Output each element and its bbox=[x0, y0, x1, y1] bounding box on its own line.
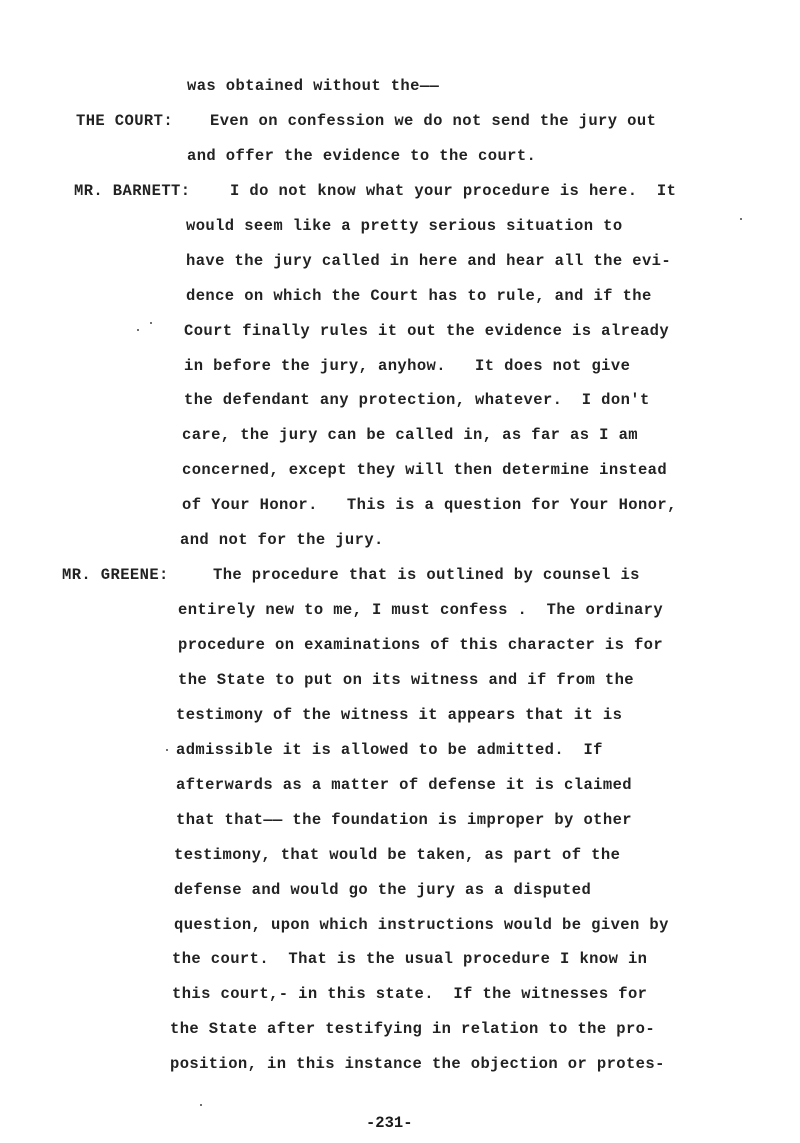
transcript-line: admissible it is allowed to be admitted.… bbox=[176, 740, 603, 760]
transcript-line: the State to put on its witness and if f… bbox=[178, 670, 634, 690]
scan-speck bbox=[150, 322, 152, 324]
speaker-label: MR. BARNETT: bbox=[74, 181, 190, 201]
transcript-line: of Your Honor. This is a question for Yo… bbox=[182, 495, 677, 515]
transcript-line: care, the jury can be called in, as far … bbox=[182, 425, 638, 445]
scan-speck bbox=[137, 329, 139, 331]
page-number: -231- bbox=[366, 1114, 413, 1132]
transcript-line: and not for the jury. bbox=[180, 530, 384, 550]
transcript-line: in before the jury, anyhow. It does not … bbox=[184, 356, 630, 376]
transcript-line: defense and would go the jury as a dispu… bbox=[174, 880, 591, 900]
transcript-line: dence on which the Court has to rule, an… bbox=[186, 286, 652, 306]
transcript-line: testimony of the witness it appears that… bbox=[176, 705, 622, 725]
transcript-line: the defendant any protection, whatever. … bbox=[184, 390, 650, 410]
scan-speck bbox=[740, 218, 742, 220]
transcript-line: afterwards as a matter of defense it is … bbox=[176, 775, 632, 795]
scan-speck bbox=[200, 1104, 202, 1106]
transcript-line: and offer the evidence to the court. bbox=[187, 146, 536, 166]
transcript-line: Even on confession we do not send the ju… bbox=[210, 111, 656, 131]
transcript-line: procedure on examinations of this charac… bbox=[178, 635, 663, 655]
transcript-line: would seem like a pretty serious situati… bbox=[186, 216, 623, 236]
transcript-line: the court. That is the usual procedure I… bbox=[172, 949, 647, 969]
transcript-line: question, upon which instructions would … bbox=[174, 915, 669, 935]
transcript-line: was obtained without the—— bbox=[187, 76, 439, 96]
transcript-line: the State after testifying in relation t… bbox=[170, 1019, 655, 1039]
transcript-line: position, in this instance the objection… bbox=[170, 1054, 665, 1074]
scan-speck bbox=[166, 749, 168, 751]
transcript-line: this court,- in this state. If the witne… bbox=[172, 984, 647, 1004]
transcript-line: testimony, that would be taken, as part … bbox=[174, 845, 620, 865]
transcript-line: that that—— the foundation is improper b… bbox=[176, 810, 632, 830]
transcript-line: concerned, except they will then determi… bbox=[182, 460, 667, 480]
transcript-line: I do not know what your procedure is her… bbox=[230, 181, 676, 201]
transcript-page: was obtained without the—— THE COURT: Ev… bbox=[0, 0, 800, 1143]
transcript-line: The procedure that is outlined by counse… bbox=[213, 565, 640, 585]
transcript-line: entirely new to me, I must confess . The… bbox=[178, 600, 663, 620]
speaker-label: THE COURT: bbox=[76, 111, 173, 131]
transcript-line: have the jury called in here and hear al… bbox=[186, 251, 671, 271]
speaker-label: MR. GREENE: bbox=[62, 565, 169, 585]
transcript-line: Court finally rules it out the evidence … bbox=[184, 321, 669, 341]
